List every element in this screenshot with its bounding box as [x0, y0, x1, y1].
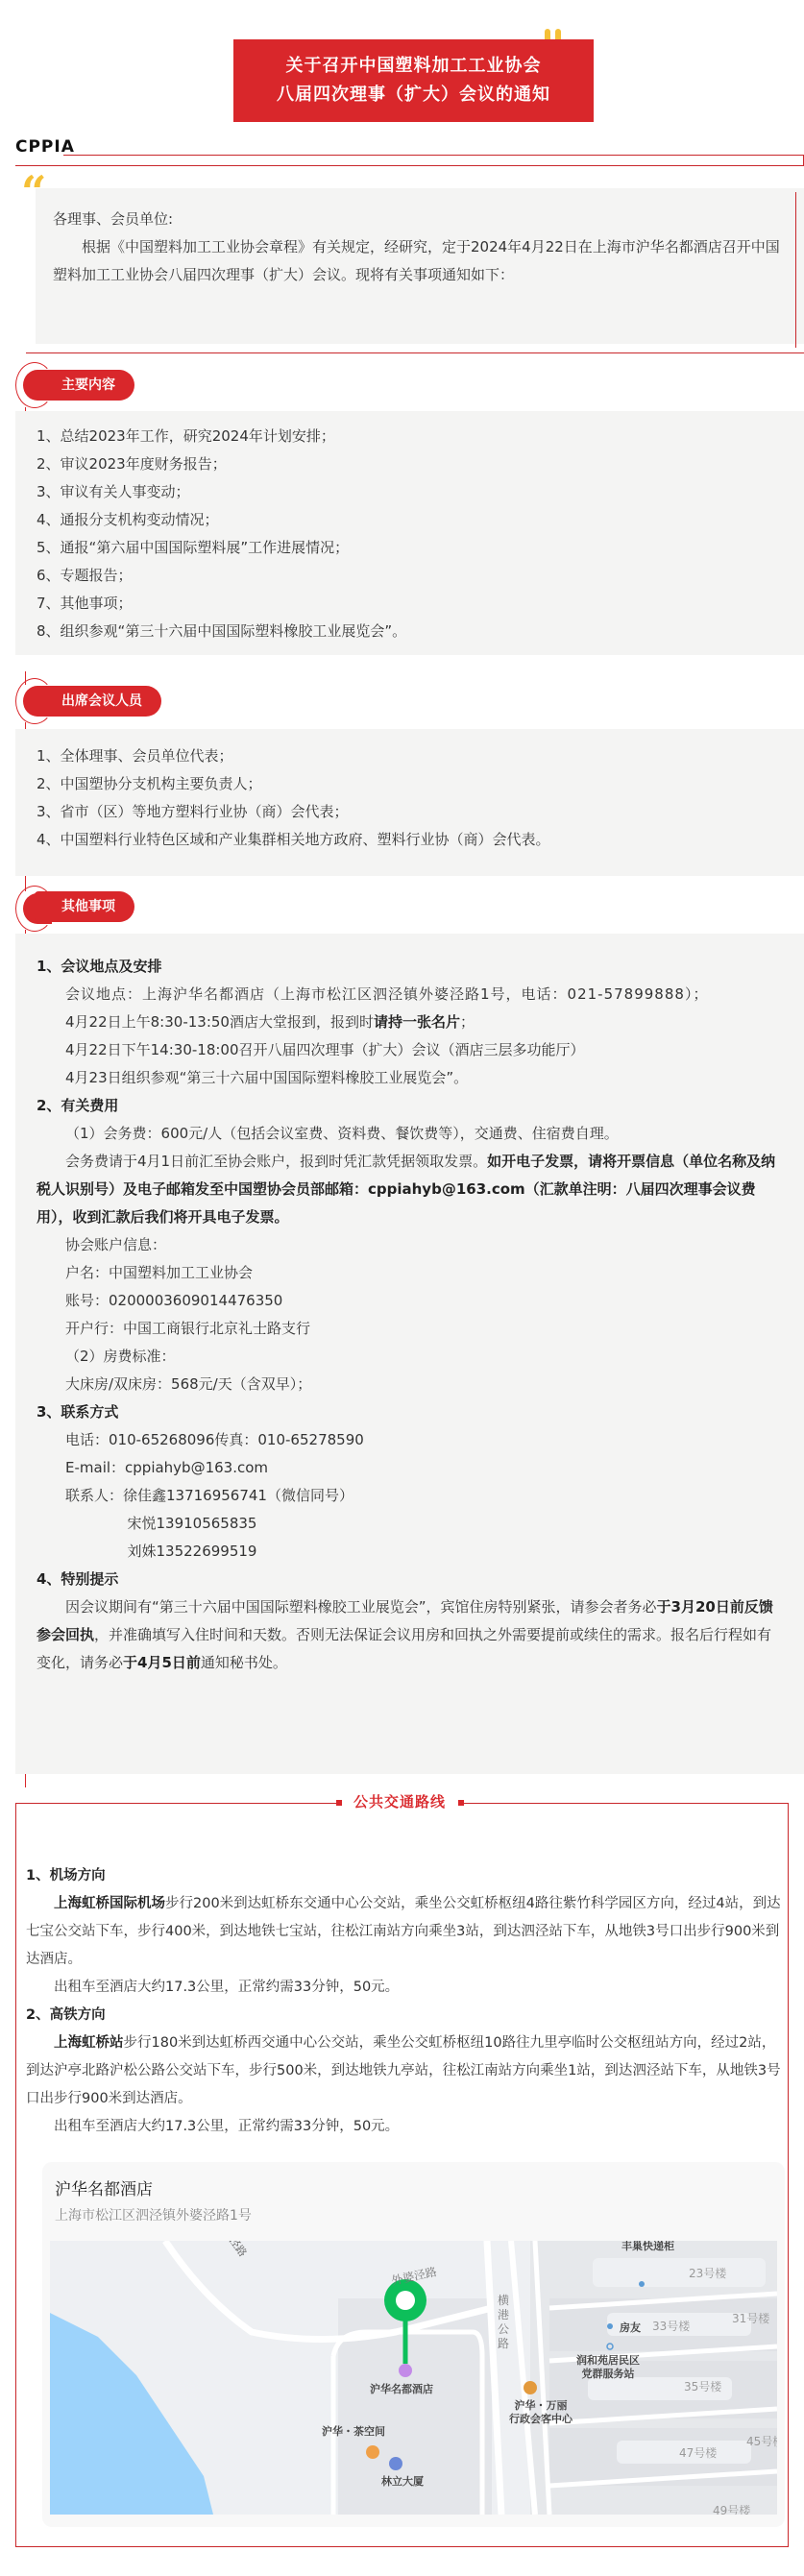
title-line-1: 关于召开中国塑料加工工业协会	[233, 52, 594, 81]
fees-heading: 2、有关费用	[37, 1092, 780, 1120]
schedule-visit: 4月23日组织参观“第三十六届中国国际塑料橡胶工业展览会”。	[37, 1064, 780, 1092]
account-number: 账号：0200003609014476350	[37, 1287, 780, 1315]
list-item: 8、组织参观“第三十六届中国国际塑料橡胶工业展览会”。	[15, 618, 804, 645]
intro-rule-right	[795, 192, 796, 348]
contact-person-1: 联系人：徐佳鑫13716956741（微信同号）	[37, 1482, 780, 1510]
airport-taxi: 出租车至酒店大约17.3公里，正常约需33分钟，50元。	[26, 1974, 785, 2002]
section-tab-other: 其他事项	[35, 891, 134, 922]
list-item: 2、审议2023年度财务报告；	[15, 450, 804, 478]
intro-salutation: 各理事、会员单位:	[53, 206, 785, 233]
contact-email[interactable]: E-mail：cppiahyb@163.com	[37, 1454, 780, 1482]
fee-payment: 会务费请于4月1日前汇至协会账户，报到时凭汇款凭据领取发票。如开电子发票，请将开…	[37, 1148, 780, 1231]
notice-text-3: 通知秘书处。	[201, 1654, 287, 1671]
map-label-b23: 23号楼	[689, 2265, 726, 2281]
list-item: 1、总结2023年工作，研究2024年计划安排；	[15, 423, 804, 450]
venue-location: 会议地点：上海沪华名都酒店（上海市松江区泗泾镇外婆泾路1号，电话：021-578…	[37, 981, 780, 1009]
fee-conference: （1）会务费：600元/人（包括会议室费、资料费、餐饮费等），交通费、住宿费自理…	[37, 1120, 780, 1148]
section-label: 主要内容	[61, 377, 115, 393]
list-item: 1、全体理事、会员单位代表；	[15, 742, 804, 770]
map-label-b45: 45号楼	[746, 2433, 777, 2449]
list-item: 3、审议有关人事变动；	[15, 478, 804, 506]
map-label-party: 润和苑居民区党群服务站	[576, 2354, 640, 2381]
schedule-checkin: 4月22日上午8:30-13:50酒店大堂报到，报到时请持一张名片；	[37, 1009, 780, 1036]
map-label-hotel: 沪华名都酒店	[370, 2381, 433, 2396]
list-item: 2、中国塑协分支机构主要负责人；	[15, 770, 804, 798]
transport-rule-right	[464, 1803, 789, 1804]
transport-title: 公共交通路线	[344, 1791, 455, 1811]
intro-rule-bottom	[26, 352, 804, 353]
map-label-b31: 31号楼	[732, 2310, 769, 2326]
map-label-fangyou: 房友	[620, 2320, 641, 2335]
schedule-checkin-emphasis: 请持一张名片	[374, 1013, 460, 1031]
contact-person-3: 刘姝13522699519	[37, 1538, 780, 1566]
list-item: 4、中国塑料行业特色区域和产业集群相关地方政府、塑料行业协（商）会代表。	[15, 826, 804, 854]
contact-heading: 3、联系方式	[37, 1398, 780, 1426]
list-item: 6、专题报告；	[15, 562, 804, 590]
section-tab-attendees: 出席会议人员	[35, 686, 161, 717]
main-content-panel: 1、总结2023年工作，研究2024年计划安排； 2、审议2023年度财务报告；…	[15, 411, 804, 655]
section-label: 其他事项	[61, 899, 115, 914]
airport-origin: 上海虹桥国际机场	[54, 1896, 165, 1911]
list-item: 5、通报“第六届中国国际塑料展”工作进展情况；	[15, 534, 804, 562]
notice-body: 因会议期间有“第三十六届中国国际塑料橡胶工业展览会”，宾馆住房特别紧张，请参会者…	[37, 1593, 780, 1677]
map-label-wanli: 沪华・万丽行政会客中心	[509, 2399, 573, 2426]
notice-heading: 4、特别提示	[37, 1566, 780, 1593]
map-label-linli: 林立大厦	[381, 2473, 424, 2489]
map-label-road-2: 横港公路	[498, 2294, 511, 2351]
room-title: （2）房费标准：	[37, 1343, 780, 1371]
notice-text-1: 因会议期间有“第三十六届中国国际塑料橡胶工业展览会”，宾馆住房特别紧张，请参会者…	[65, 1598, 657, 1616]
airport-heading: 1、机场方向	[26, 1862, 785, 1890]
account-name: 户名：中国塑料加工工业协会	[37, 1259, 780, 1287]
schedule-checkin-text: 4月22日上午8:30-13:50酒店大堂报到，报到时	[65, 1013, 374, 1031]
map-label-b49: 49号楼	[713, 2502, 750, 2515]
title-line-2: 八届四次理事（扩大）会议的通知	[233, 81, 594, 109]
account-title: 协会账户信息：	[37, 1231, 780, 1259]
brand-divider-top	[63, 155, 804, 156]
intro-body: 根据《中国塑料加工工业协会章程》有关规定，经研究，定于2024年4月22日在上海…	[53, 233, 785, 289]
map-view[interactable]: 泾路 外婆泾路 横港公路 沪华名都酒店 沪华・茶空间 林立大厦 沪华・万丽行政会…	[50, 2241, 777, 2515]
brand-divider-bottom	[15, 165, 804, 166]
map-label-tea: 沪华・茶空间	[322, 2423, 385, 2439]
rail-route-text: 步行180米到达虹桥西交通中心公交站，乘坐公交虹桥枢纽10路往九里亭临时公交枢纽…	[26, 2035, 781, 2106]
brand-label: CPPIA	[15, 137, 75, 157]
attendees-panel: 1、全体理事、会员单位代表； 2、中国塑协分支机构主要负责人； 3、省市（区）等…	[15, 729, 804, 876]
section-label: 出席会议人员	[61, 693, 142, 709]
rail-origin: 上海虹桥站	[54, 2035, 124, 2051]
section-connector	[25, 1774, 26, 1787]
account-bank: 开户行：中国工商银行北京礼士路支行	[37, 1315, 780, 1343]
map-place-name[interactable]: 沪华名都酒店	[55, 2175, 153, 2199]
contact-person-2: 宋悦13910565835	[37, 1510, 780, 1538]
airport-route: 上海虹桥国际机场步行200米到达虹桥东交通中心公交站，乘坐公交虹桥枢纽4路往紫竹…	[26, 1890, 785, 1974]
intro-panel: 各理事、会员单位: 根据《中国塑料加工工业协会章程》有关规定，经研究，定于202…	[36, 188, 804, 344]
rail-route: 上海虹桥站步行180米到达虹桥西交通中心公交站，乘坐公交虹桥枢纽10路往九里亭临…	[26, 2029, 785, 2113]
map-label-b47: 47号楼	[679, 2444, 717, 2461]
schedule-meeting: 4月22日下午14:30-18:00召开八届四次理事（扩大）会议（酒店三层多功能…	[37, 1036, 780, 1064]
list-item: 3、省市（区）等地方塑料行业协（商）会代表；	[15, 798, 804, 826]
map-label-b33: 33号楼	[652, 2318, 690, 2334]
map-label-b35: 35号楼	[684, 2378, 721, 2394]
list-item: 7、其他事项；	[15, 590, 804, 618]
rail-heading: 2、高铁方向	[26, 2002, 785, 2029]
rail-taxi: 出租车至酒店大约17.3公里，正常约需33分钟，50元。	[26, 2113, 785, 2141]
venue-heading: 1、会议地点及安排	[37, 953, 780, 981]
transport-square-left-icon	[336, 1800, 342, 1806]
transport-content: 1、机场方向 上海虹桥国际机场步行200米到达虹桥东交通中心公交站，乘坐公交虹桥…	[26, 1862, 785, 2141]
list-item: 4、通报分支机构变动情况；	[15, 506, 804, 534]
contact-phone: 电话：010-65268096传真：010-65278590	[37, 1426, 780, 1454]
fee-payment-text: 会务费请于4月1日前汇至协会账户，报到时凭汇款凭据领取发票。	[65, 1153, 487, 1170]
map-place-address: 上海市松江区泗泾镇外婆泾路1号	[55, 2205, 252, 2224]
transport-rule-left	[15, 1803, 337, 1804]
section-tab-main-content: 主要内容	[35, 370, 134, 401]
map-label-express: 丰巢快递柜	[621, 2241, 674, 2253]
notice-deadline-2: 于4月5日前	[123, 1654, 201, 1671]
schedule-checkin-end: ；	[460, 1013, 475, 1031]
room-rate: 大床房/双床房：568元/天（含双早）；	[37, 1371, 780, 1398]
title-banner: 关于召开中国塑料加工工业协会 八届四次理事（扩大）会议的通知	[233, 39, 594, 122]
other-panel: 1、会议地点及安排 会议地点：上海沪华名都酒店（上海市松江区泗泾镇外婆泾路1号，…	[15, 934, 804, 1774]
